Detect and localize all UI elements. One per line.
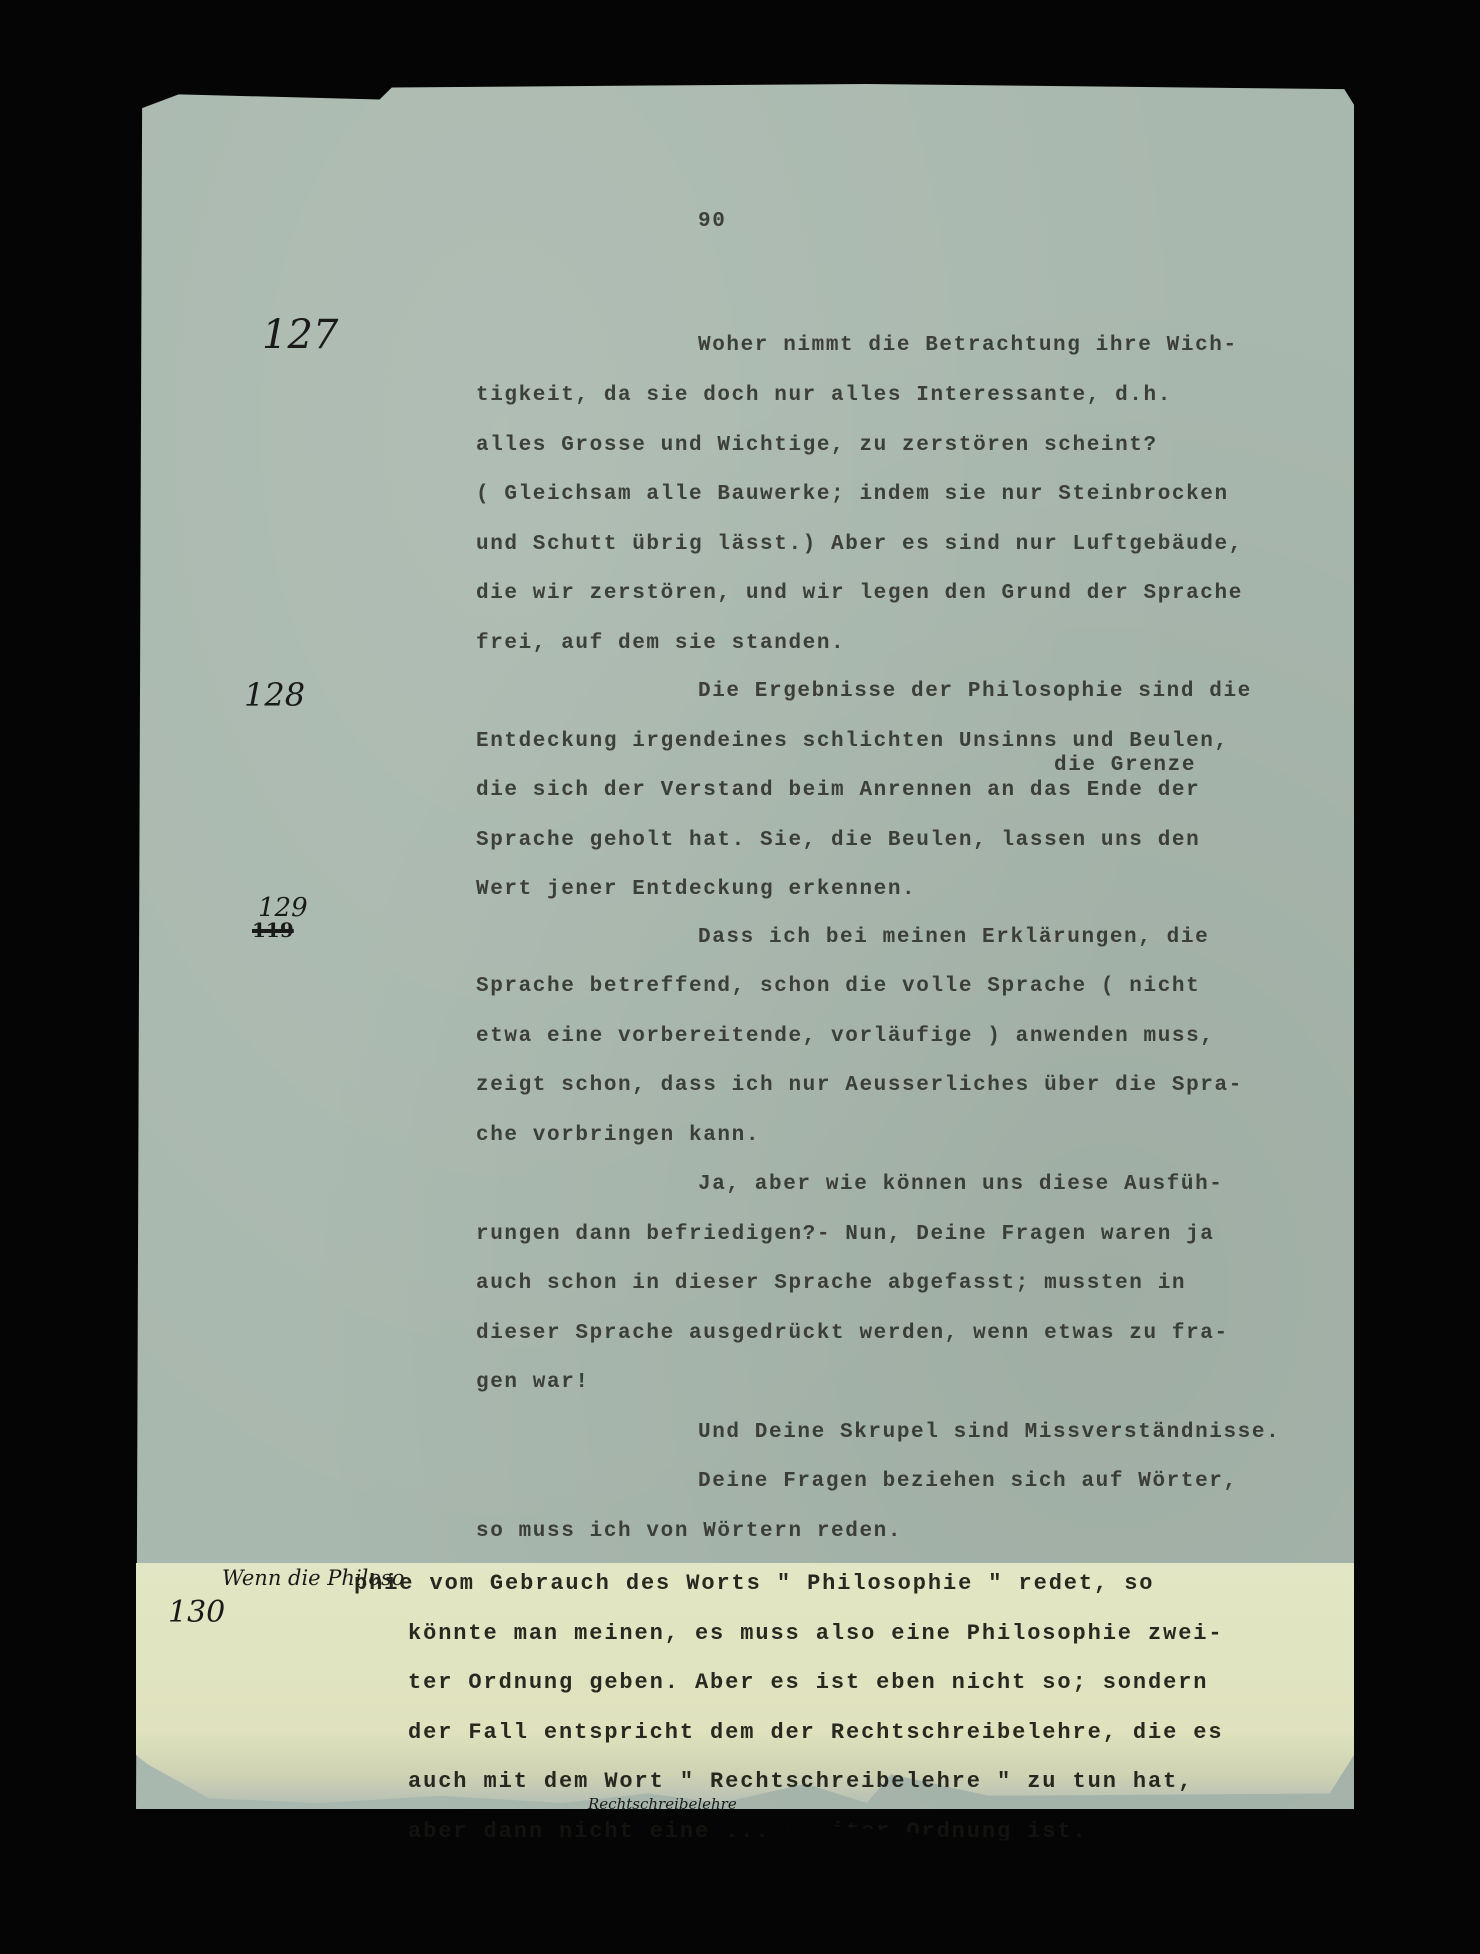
handwritten-insertion: Rechtschreibelehre	[588, 1795, 737, 1813]
text-line: che vorbringen kann.	[476, 1124, 760, 1147]
text-line: die sich der Verstand beim Anrennen an d…	[476, 779, 1200, 802]
text-line: auch mit dem Wort " Rechtschreibelehre "…	[408, 1769, 1193, 1794]
text-line: Ja, aber wie können uns diese Ausfüh-	[698, 1173, 1223, 1196]
text-line: ter Ordnung geben. Aber es ist eben nich…	[408, 1670, 1208, 1695]
text-line: Dass ich bei meinen Erklärungen, die	[698, 926, 1209, 949]
text-line: rungen dann befriedigen?- Nun, Deine Fra…	[476, 1223, 1215, 1246]
insertion-text: die Grenze	[1054, 754, 1196, 777]
text-line: Und Deine Skrupel sind Missverständnisse…	[698, 1421, 1280, 1444]
text-line: Wert jener Entdeckung erkennen.	[476, 878, 916, 901]
text-line: gen war!	[476, 1371, 590, 1394]
margin-number-127: 127	[262, 312, 338, 358]
text-line: Sprache geholt hat. Sie, die Beulen, las…	[476, 829, 1200, 852]
text-line: so muss ich von Wörtern reden.	[476, 1520, 902, 1543]
text-line: könnte man meinen, es muss also eine Phi…	[408, 1621, 1224, 1646]
text-line: tigkeit, da sie doch nur alles Interessa…	[476, 384, 1172, 407]
text-line: Entdeckung irgendeines schlichten Unsinn…	[476, 730, 1229, 753]
text-line: und Schutt übrig lässt.) Aber es sind nu…	[476, 533, 1243, 556]
text-line: auch schon in dieser Sprache abgefasst; …	[476, 1272, 1186, 1295]
text-line: ( Gleichsam alle Bauwerke; indem sie nur…	[476, 483, 1229, 506]
margin-number-130: 130	[168, 1595, 225, 1630]
margin-number-struck: 119	[252, 918, 294, 942]
text-line: alles Grosse und Wichtige, zu zerstören …	[476, 434, 1158, 457]
margin-number-128: 128	[244, 676, 305, 714]
text-line: dieser Sprache ausgedrückt werden, wenn …	[476, 1322, 1229, 1345]
text-line: Deine Fragen beziehen sich auf Wörter,	[698, 1470, 1238, 1493]
text-line: frei, auf dem sie standen.	[476, 632, 845, 655]
text-line: phie vom Gebrauch des Worts " Philosophi…	[354, 1571, 1154, 1596]
text-line: zeigt schon, dass ich nur Aeusserliches …	[476, 1074, 1243, 1097]
page-number: 90	[698, 210, 726, 233]
text-line: Sprache betreffend, schon die volle Spra…	[476, 975, 1200, 998]
torn-edge	[0, 1845, 1480, 1954]
text-line: die wir zerstören, und wir legen den Gru…	[476, 582, 1243, 605]
text-line: der Fall entspricht dem der Rechtschreib…	[408, 1720, 1224, 1745]
text-line: Woher nimmt die Betrachtung ihre Wich-	[698, 334, 1238, 357]
text-line: etwa eine vorbereitende, vorläufige ) an…	[476, 1025, 1215, 1048]
text-line: Die Ergebnisse der Philosophie sind die	[698, 680, 1252, 703]
